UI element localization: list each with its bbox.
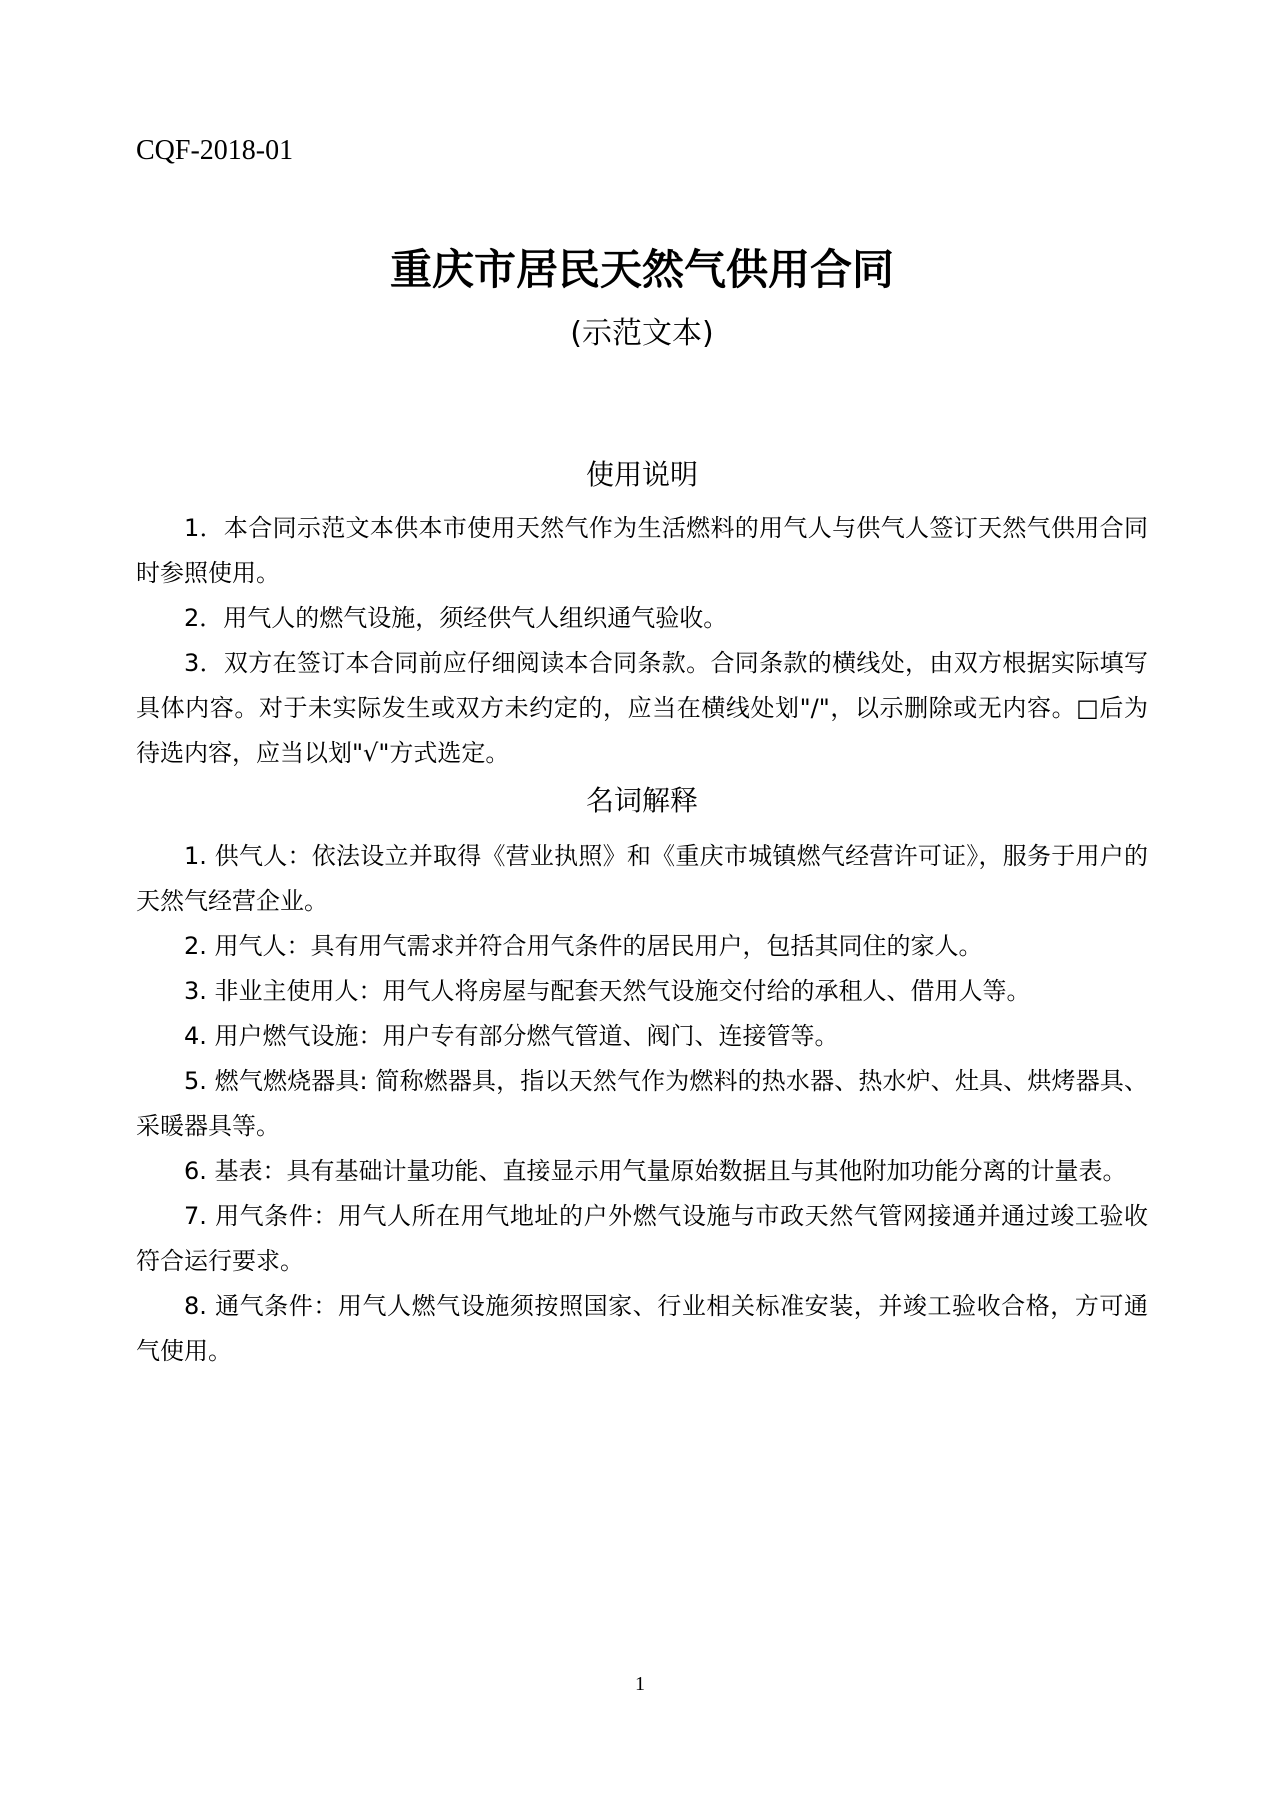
glossary-body: 1. 供气人：依法设立并取得《营业执照》和《重庆市城镇燃气经营许可证》，服务于用… (136, 834, 1148, 1374)
instructions-paragraph-3: 3．双方在签订本合同前应仔细阅读本合同条款。合同条款的横线处，由双方根据实际填写… (136, 641, 1148, 776)
document-page: CQF-2018-01 重庆市居民天然气供用合同 (示范文本) 使用说明 1．本… (0, 0, 1280, 1810)
glossary-item-2: 2. 用气人：具有用气需求并符合用气条件的居民用户，包括其同住的家人。 (136, 924, 1148, 969)
instructions-paragraph-1: 1．本合同示范文本供本市使用天然气作为生活燃料的用气人与供气人签订天然气供用合同… (136, 506, 1148, 596)
glossary-item-1: 1. 供气人：依法设立并取得《营业执照》和《重庆市城镇燃气经营许可证》，服务于用… (136, 834, 1148, 924)
document-title: 重庆市居民天然气供用合同 (136, 246, 1148, 294)
section-heading-instructions: 使用说明 (136, 458, 1148, 492)
document-content: CQF-2018-01 重庆市居民天然气供用合同 (示范文本) 使用说明 1．本… (136, 136, 1148, 1374)
glossary-item-3: 3. 非业主使用人：用气人将房屋与配套天然气设施交付给的承租人、借用人等。 (136, 969, 1148, 1014)
page-number: 1 (0, 1672, 1280, 1696)
glossary-item-7: 7. 用气条件：用气人所在用气地址的户外燃气设施与市政天然气管网接通并通过竣工验… (136, 1194, 1148, 1284)
doc-code: CQF-2018-01 (136, 136, 1148, 166)
instructions-paragraph-2: 2．用气人的燃气设施，须经供气人组织通气验收。 (136, 596, 1148, 641)
instructions-body: 1．本合同示范文本供本市使用天然气作为生活燃料的用气人与供气人签订天然气供用合同… (136, 506, 1148, 776)
glossary-item-4: 4. 用户燃气设施：用户专有部分燃气管道、阀门、连接管等。 (136, 1014, 1148, 1059)
section-heading-glossary: 名词解释 (136, 784, 1148, 818)
glossary-item-5: 5. 燃气燃烧器具: 简称燃器具，指以天然气作为燃料的热水器、热水炉、灶具、烘烤… (136, 1059, 1148, 1149)
glossary-item-8: 8. 通气条件：用气人燃气设施须按照国家、行业相关标准安装，并竣工验收合格，方可… (136, 1284, 1148, 1374)
glossary-item-6: 6. 基表：具有基础计量功能、直接显示用气量原始数据且与其他附加功能分离的计量表… (136, 1149, 1148, 1194)
document-subtitle: (示范文本) (136, 316, 1148, 352)
